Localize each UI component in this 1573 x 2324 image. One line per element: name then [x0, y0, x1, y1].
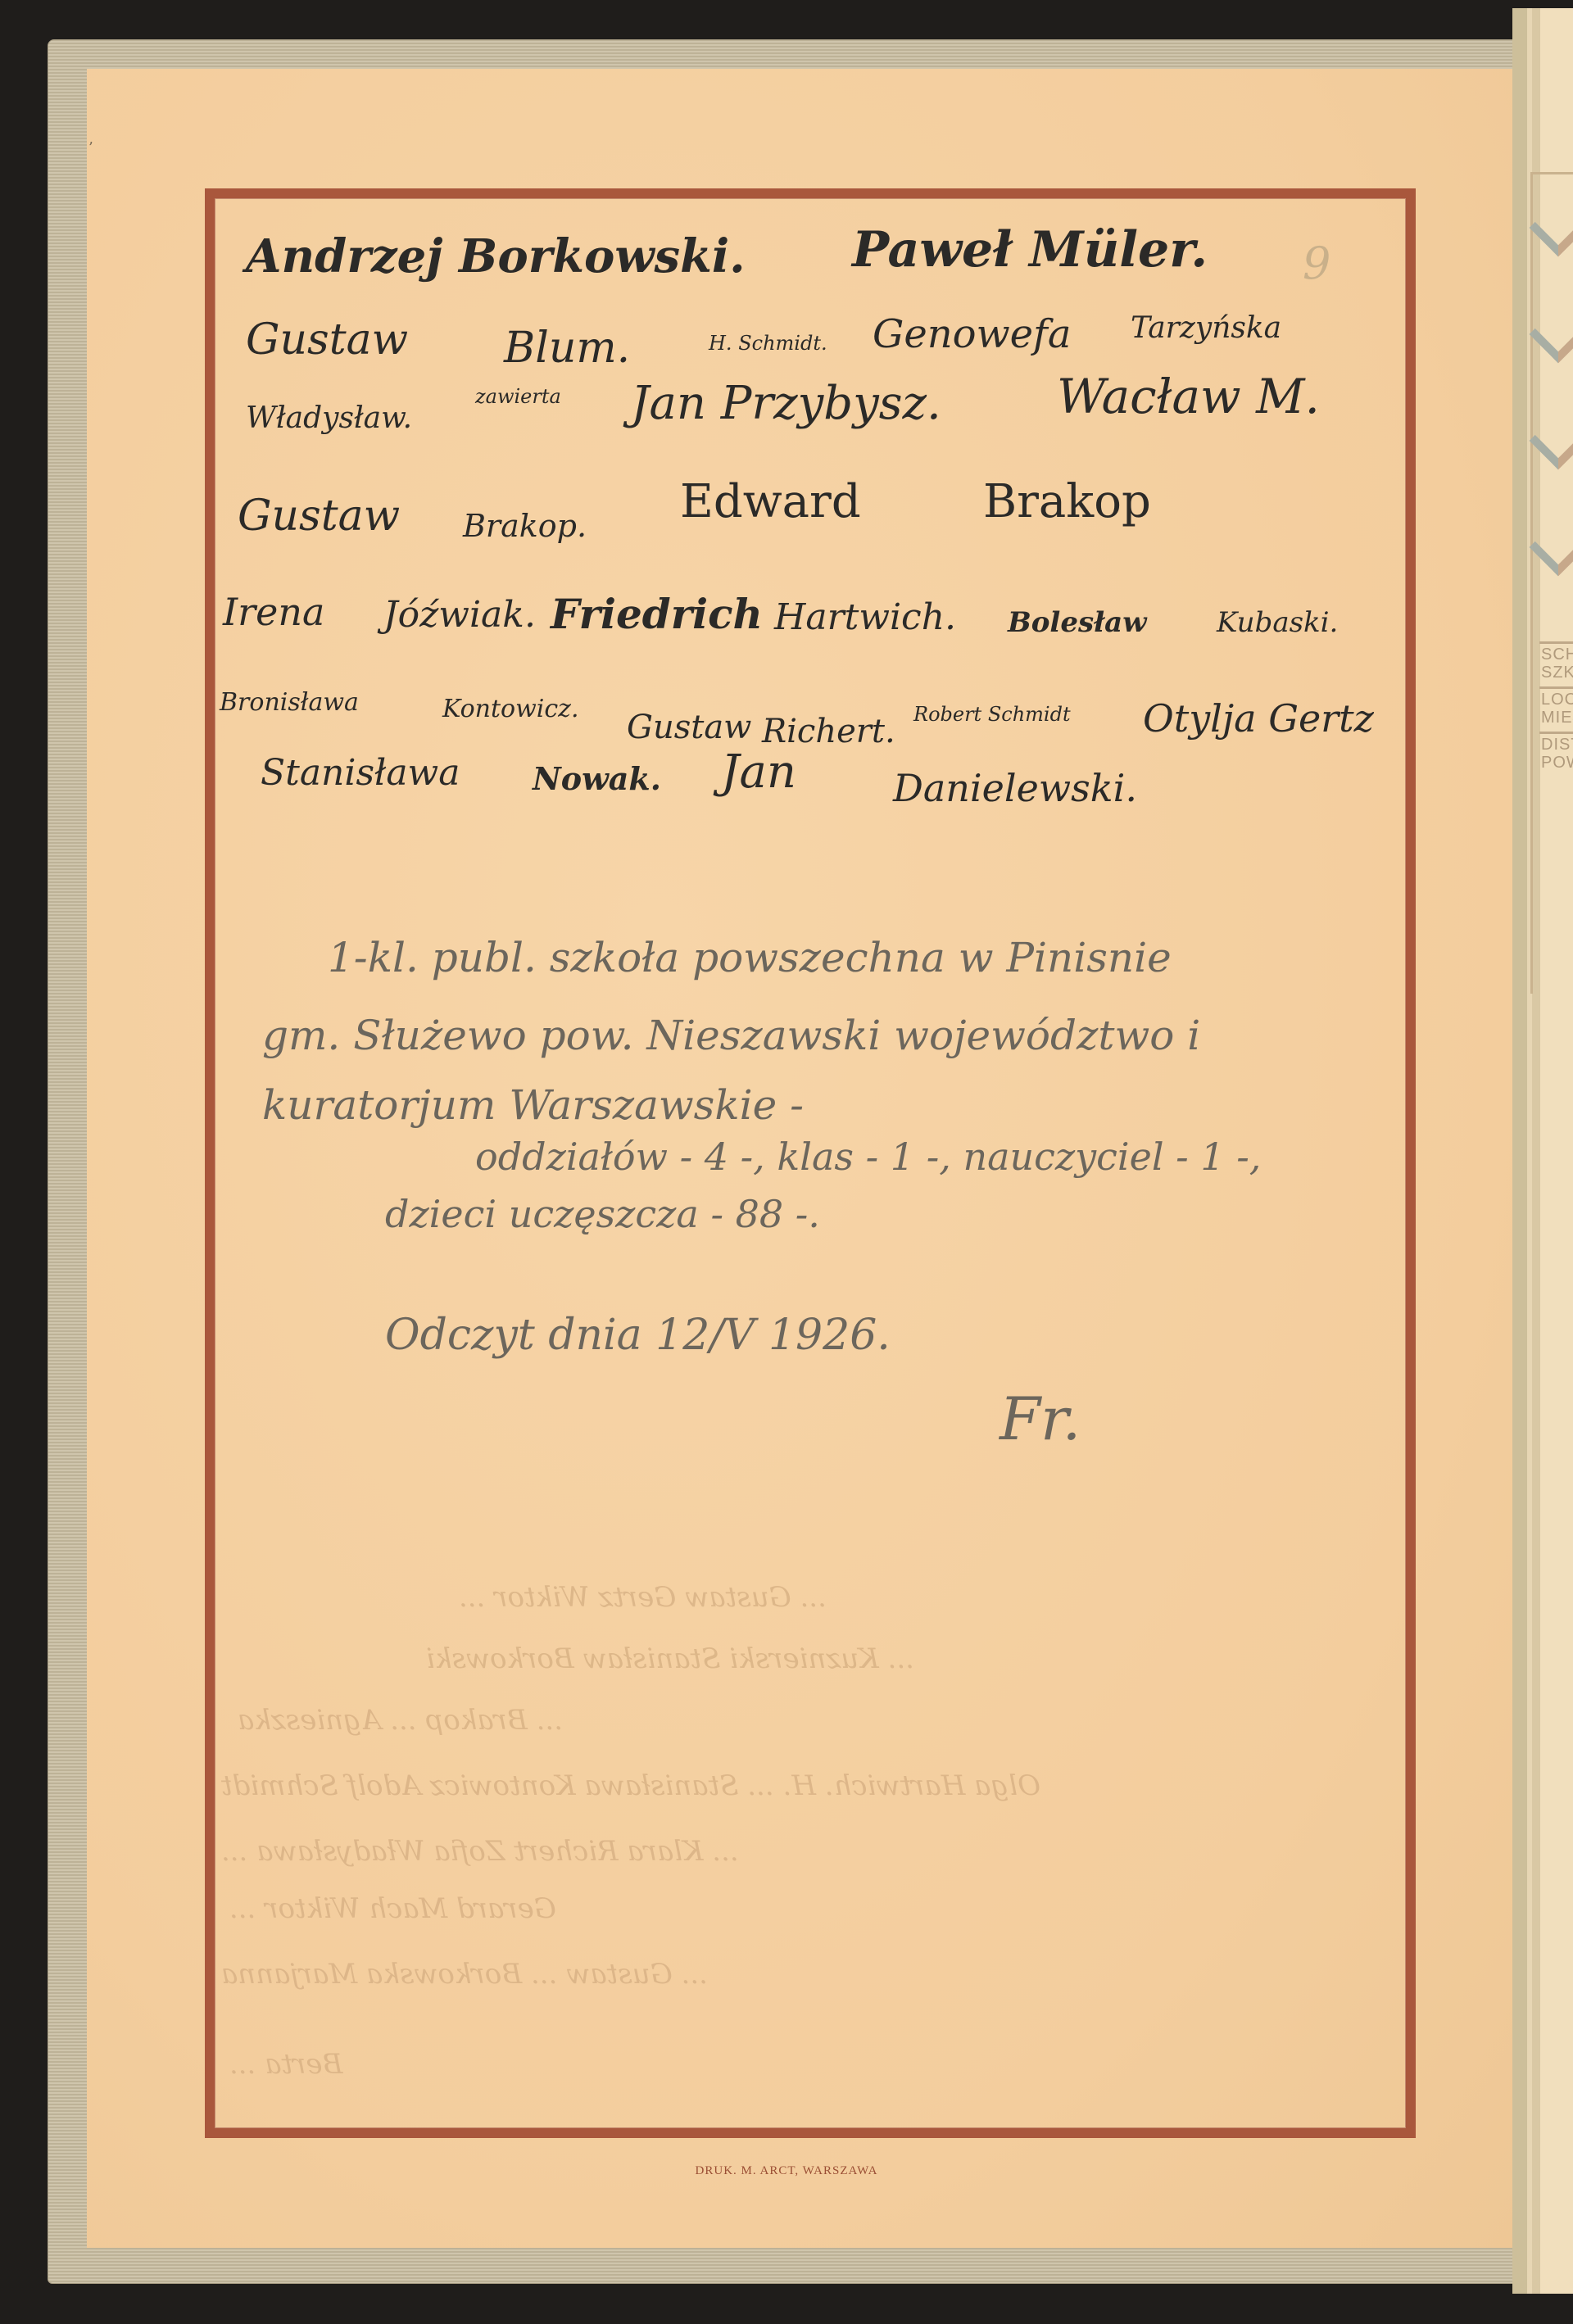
name-boleslaw: Bolesław	[1008, 606, 1147, 639]
name-andrzej-borkowski: Andrzej Borkowski.	[246, 229, 746, 283]
name-pawel-muler: Paweł Müler.	[852, 221, 1208, 279]
label-szkola: SZKOŁA	[1541, 664, 1573, 682]
bleed-through-text: ... Kuznierski Stanisław Borkowski	[426, 1642, 914, 1675]
printer-imprint: DRUK. M. ARCT, WARSZAWA	[0, 2164, 1573, 2178]
ornament-zigzag-icon	[1530, 412, 1573, 470]
bleed-through-text: ... Gustaw ... Borkowska Marjanna	[221, 1958, 708, 1991]
name-gustaw-2: Gustaw	[238, 492, 400, 541]
name-stanislawa: Stanisława	[261, 752, 460, 794]
bleed-through-text: Olga Hartwich. H. ... Stanisława Kontowi…	[221, 1769, 1040, 1802]
bleed-through-text: Berta ...	[229, 2048, 343, 2081]
label-locality: LOCALITY	[1541, 691, 1573, 709]
facing-page-labels: SCHOOLSZKOŁA LOCALITYMIEJSCO... DISTRICT…	[1539, 641, 1573, 777]
label-miejscowosc: MIEJSCO...	[1541, 709, 1573, 727]
bleed-through-text: ... Klara Richert Zofia Władysława ...	[221, 1835, 739, 1868]
report-line-district: gm. Służewo pow. Nieszawski województwo …	[262, 1012, 1200, 1059]
name-blum: Blum.	[504, 324, 630, 373]
ink-mark: ’	[88, 139, 93, 156]
report-line-counts: oddziałów - 4 -, klas - 1 -, nauczyciel …	[475, 1135, 1261, 1179]
bleed-through-text: ... Brakop ... Agnieszka	[238, 1704, 563, 1737]
ornament-zigzag-icon	[1530, 519, 1573, 577]
name-jan: Jan	[721, 745, 796, 799]
report-line-kuratorium: kuratorjum Warszawskie -	[262, 1081, 804, 1129]
bleed-through-text: Gerard Mach Wiktor ...	[229, 1892, 556, 1925]
name-kubaski: Kubaski.	[1217, 606, 1338, 639]
label-school: SCHOOL	[1541, 646, 1573, 664]
report-date: Odczyt dnia 12/V 1926.	[385, 1311, 891, 1360]
name-bronislawa: Bronisława	[220, 688, 359, 717]
name-irena: Irena	[223, 590, 324, 634]
name-friedrich: Friedrich	[551, 590, 763, 638]
name-wladyslaw: Władysław.	[246, 401, 412, 435]
name-gustaw: Gustaw	[246, 315, 408, 365]
bleed-through-text: ... Gustaw Gertz Wiktor ...	[459, 1581, 827, 1614]
name-brakop-2: Brakop	[983, 475, 1151, 528]
ornament-zigzag-icon	[1530, 199, 1573, 257]
name-kontowicz: Kontowicz.	[442, 695, 579, 723]
signature: Fr.	[1000, 1384, 1081, 1453]
name-nowak: Nowak.	[533, 760, 661, 797]
page-number: 9	[1303, 238, 1330, 289]
name-hartwich: Hartwich.	[774, 596, 956, 638]
name-edward: Edward	[680, 475, 861, 528]
name-h-schmidt: H. Schmidt.	[709, 332, 827, 355]
name-jozwiak: Jóźwiak.	[383, 594, 536, 636]
name-robert-schmidt: Robert Schmidt	[913, 703, 1071, 726]
name-brakop: Brakop.	[463, 508, 587, 544]
label-powiat: POWIAT	[1541, 754, 1573, 772]
name-waclaw-m: Wacław M.	[1057, 369, 1320, 424]
ornament-zigzag-icon	[1530, 306, 1573, 364]
report-line-pupils: dzieci uczęszcza - 88 -.	[385, 1192, 820, 1236]
name-genowefa: Genowefa	[873, 311, 1071, 357]
label-district: DISTRICT	[1541, 736, 1573, 754]
name-danielewski: Danielewski.	[893, 766, 1137, 810]
name-otylja-gertz: Otylja Gertz	[1143, 696, 1374, 741]
report-line-school: 1-kl. publ. szkoła powszechna w Pinisnie	[328, 934, 1172, 981]
name-zawierta: zawierta	[475, 385, 561, 408]
name-tarzynska: Tarzyńska	[1131, 311, 1281, 345]
name-jan-przybysz: Jan Przybysz.	[631, 377, 941, 430]
facing-page-ornament: SCHOOLSZKOŁA LOCALITYMIEJSCO... DISTRICT…	[1530, 172, 1573, 994]
name-gustaw-3: Gustaw	[627, 709, 751, 746]
